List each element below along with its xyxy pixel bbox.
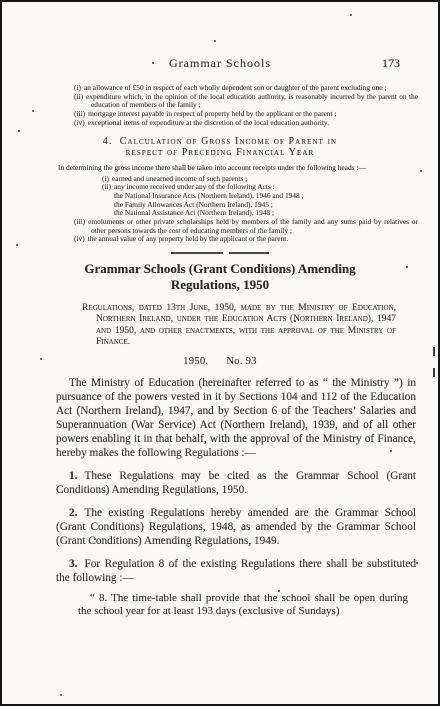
citation-line: 1950.No. 93: [2, 356, 438, 367]
item-label: (i): [102, 174, 112, 183]
item-text: an allowance of £50 in respect of each w…: [84, 83, 387, 92]
section-heading-line2: respect of Preceding Financial Year: [32, 147, 408, 158]
scan-speck: [420, 170, 422, 172]
scan-speck: [416, 562, 418, 564]
item-text: exceptional items of expenditure at the …: [88, 118, 329, 127]
scan-speck: [60, 694, 62, 696]
citation-number: No. 93: [226, 356, 256, 367]
opening-paragraph: The Ministry of Education (hereinafter r…: [56, 376, 416, 460]
section-intro: In determining the gross income there sh…: [58, 163, 416, 172]
item-text: any income received under any of the fol…: [114, 182, 275, 191]
item-text: earned and unearned income of such paren…: [112, 174, 247, 183]
scan-speck: [278, 590, 280, 592]
preamble: Regulations, dated 13th June, 1950, made…: [96, 303, 396, 349]
scan-speck: [406, 266, 408, 268]
page-number: 173: [382, 56, 400, 71]
item-text: emoluments or other private scholarships…: [88, 217, 418, 235]
scan-speck: [94, 538, 96, 540]
list-item: (ii)expenditure which, in the opinion of…: [74, 93, 418, 110]
clause-2: 2.The existing Regulations hereby amende…: [56, 506, 416, 548]
scan-speck: [350, 14, 352, 16]
item-label: (iii): [74, 109, 88, 118]
scan-speck: [18, 130, 20, 132]
acts-sublist: the National Insurance Acts (Northern Ir…: [114, 192, 418, 218]
scan-speck: [390, 450, 392, 452]
scan-speck: [32, 110, 34, 112]
list-item: (iv)the annual value of any property hel…: [74, 235, 418, 244]
document-title-line2: Regulations, 1950: [42, 277, 398, 293]
item-text: the annual value of any property held by…: [88, 234, 289, 243]
document-title: Grammar Schools (Grant Conditions) Amend…: [42, 261, 398, 293]
section-heading-line1: 4. Calculation of Gross Income of Parent…: [32, 136, 408, 147]
item-label: (i): [74, 83, 84, 92]
item-label: (iii): [74, 217, 88, 226]
substituted-clause: “ 8. The time-table shall provide that t…: [78, 592, 408, 619]
section-number: 4.: [103, 136, 113, 147]
scan-speck: [16, 244, 18, 246]
clause-number: 3.: [69, 558, 84, 570]
citation-year: 1950.: [183, 356, 208, 367]
scan-edge-mark: [433, 368, 435, 377]
income-heads-list: (i)earned and unearned income of such pa…: [74, 175, 418, 245]
deductions-list: (i)an allowance of £50 in respect of eac…: [74, 84, 418, 128]
list-item: (iv)exceptional items of expenditure at …: [74, 119, 418, 128]
clause-number: 1.: [69, 470, 84, 482]
clause-text: For Regulation 8 of the existing Regulat…: [56, 558, 416, 584]
section-heading: 4. Calculation of Gross Income of Parent…: [32, 136, 408, 158]
scan-speck: [40, 358, 42, 360]
clause-3: 3.For Regulation 8 of the existing Regul…: [56, 557, 416, 585]
scan-edge-mark: [433, 347, 435, 356]
clause-1: 1.These Regulations may be cited as the …: [56, 469, 416, 497]
section-divider: [165, 252, 275, 254]
document-title-line1: Grammar Schools (Grant Conditions) Amend…: [42, 261, 398, 277]
list-item: (iii)emoluments or other private scholar…: [74, 218, 418, 235]
scan-speck: [214, 40, 216, 42]
item-text: mortgage interest payable in respect of …: [88, 109, 336, 118]
item-label: (iv): [74, 118, 88, 127]
item-label: (ii): [74, 92, 86, 101]
item-text: expenditure which, in the opinion of the…: [86, 92, 418, 110]
scanned-document-page: Grammar Schools 173 (i)an allowance of £…: [0, 0, 440, 706]
item-label: (ii): [102, 182, 114, 191]
clause-text: These Regulations may be cited as the Gr…: [56, 470, 416, 496]
divider-rule: [171, 252, 223, 254]
scan-speck: [294, 320, 296, 322]
scan-speck: [152, 62, 154, 64]
item-label: (iv): [74, 234, 88, 243]
running-head-title: Grammar Schools: [32, 56, 408, 71]
running-head: Grammar Schools 173: [32, 56, 408, 72]
divider-rule: [229, 252, 269, 254]
clause-text: The existing Regulations hereby amended …: [56, 507, 416, 547]
page-content: Grammar Schools 173 (i)an allowance of £…: [2, 2, 438, 619]
clause-number: 2.: [69, 507, 84, 519]
